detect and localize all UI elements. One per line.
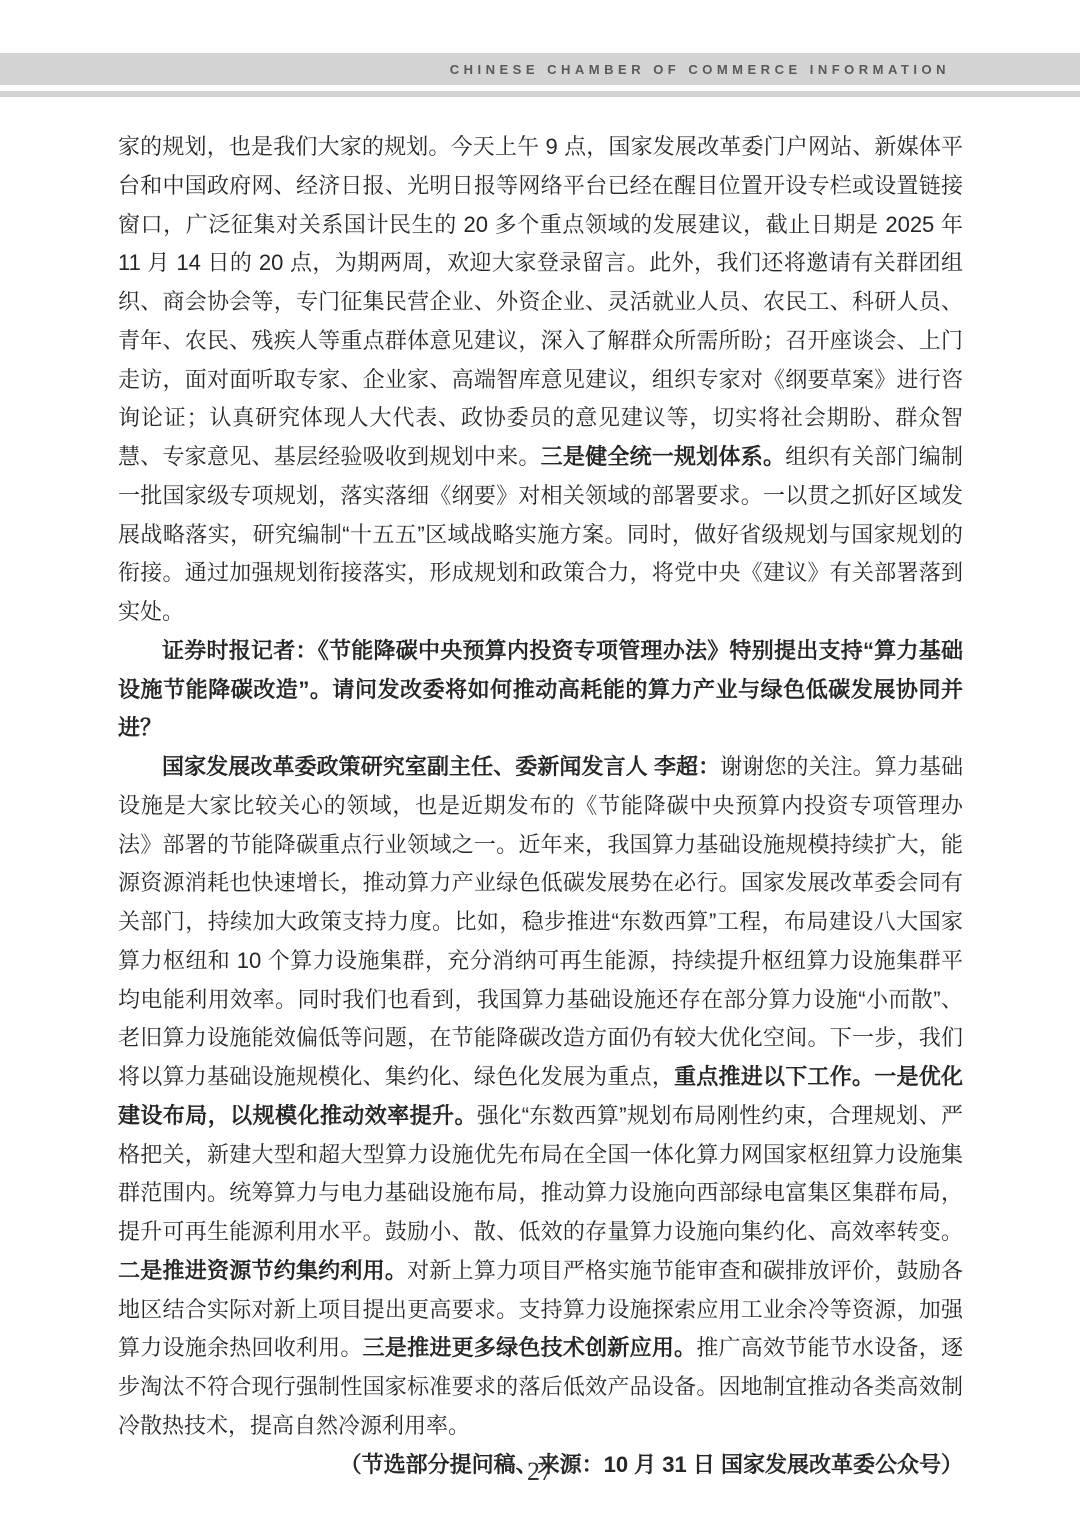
text-run-bold: 三是健全统一规划体系。	[541, 444, 786, 469]
paragraph-planning-work: 家的规划，也是我们大家的规划。今天上午 9 点，国家发展改革委门户网站、新媒体平…	[118, 128, 963, 632]
text-run: 谢谢您的关注。算力基础设施是大家比较关心的领域，也是近期发布的《节能降碳中央预算…	[118, 754, 963, 1089]
page-number: 27	[0, 1457, 1080, 1487]
text-run-bold: 证券时报记者：《节能降碳中央预算内投资专项管理办法》特别提出支持“算力基础设施节…	[118, 638, 963, 741]
text-run-bold: 三是推进更多绿色技术创新应用。	[363, 1335, 697, 1360]
text-run-bold: 二是推进资源节约集约利用。	[118, 1258, 407, 1283]
document-page: CHINESE CHAMBER OF COMMERCE INFORMATION …	[0, 0, 1080, 1525]
header-band: CHINESE CHAMBER OF COMMERCE INFORMATION	[0, 53, 1080, 85]
text-run-bold: 国家发展改革委政策研究室副主任、委新闻发言人 李超：	[162, 754, 720, 779]
text-run: 家的规划，也是我们大家的规划。今天上午 9 点，国家发展改革委门户网站、新媒体平…	[118, 134, 963, 469]
header-band-divider	[0, 91, 1080, 97]
journal-header-title: CHINESE CHAMBER OF COMMERCE INFORMATION	[450, 62, 950, 77]
article-body: 家的规划，也是我们大家的规划。今天上午 9 点，国家发展改革委门户网站、新媒体平…	[118, 128, 963, 1484]
paragraph-reporter-question: 证券时报记者：《节能降碳中央预算内投资专项管理办法》特别提出支持“算力基础设施节…	[118, 632, 963, 748]
text-run: 组织有关部门编制一批国家级专项规划，落实落细《纲要》对相关领域的部署要求。一以贯…	[118, 444, 963, 624]
paragraph-spokesperson-answer: 国家发展改革委政策研究室副主任、委新闻发言人 李超：谢谢您的关注。算力基础设施是…	[118, 748, 963, 1446]
